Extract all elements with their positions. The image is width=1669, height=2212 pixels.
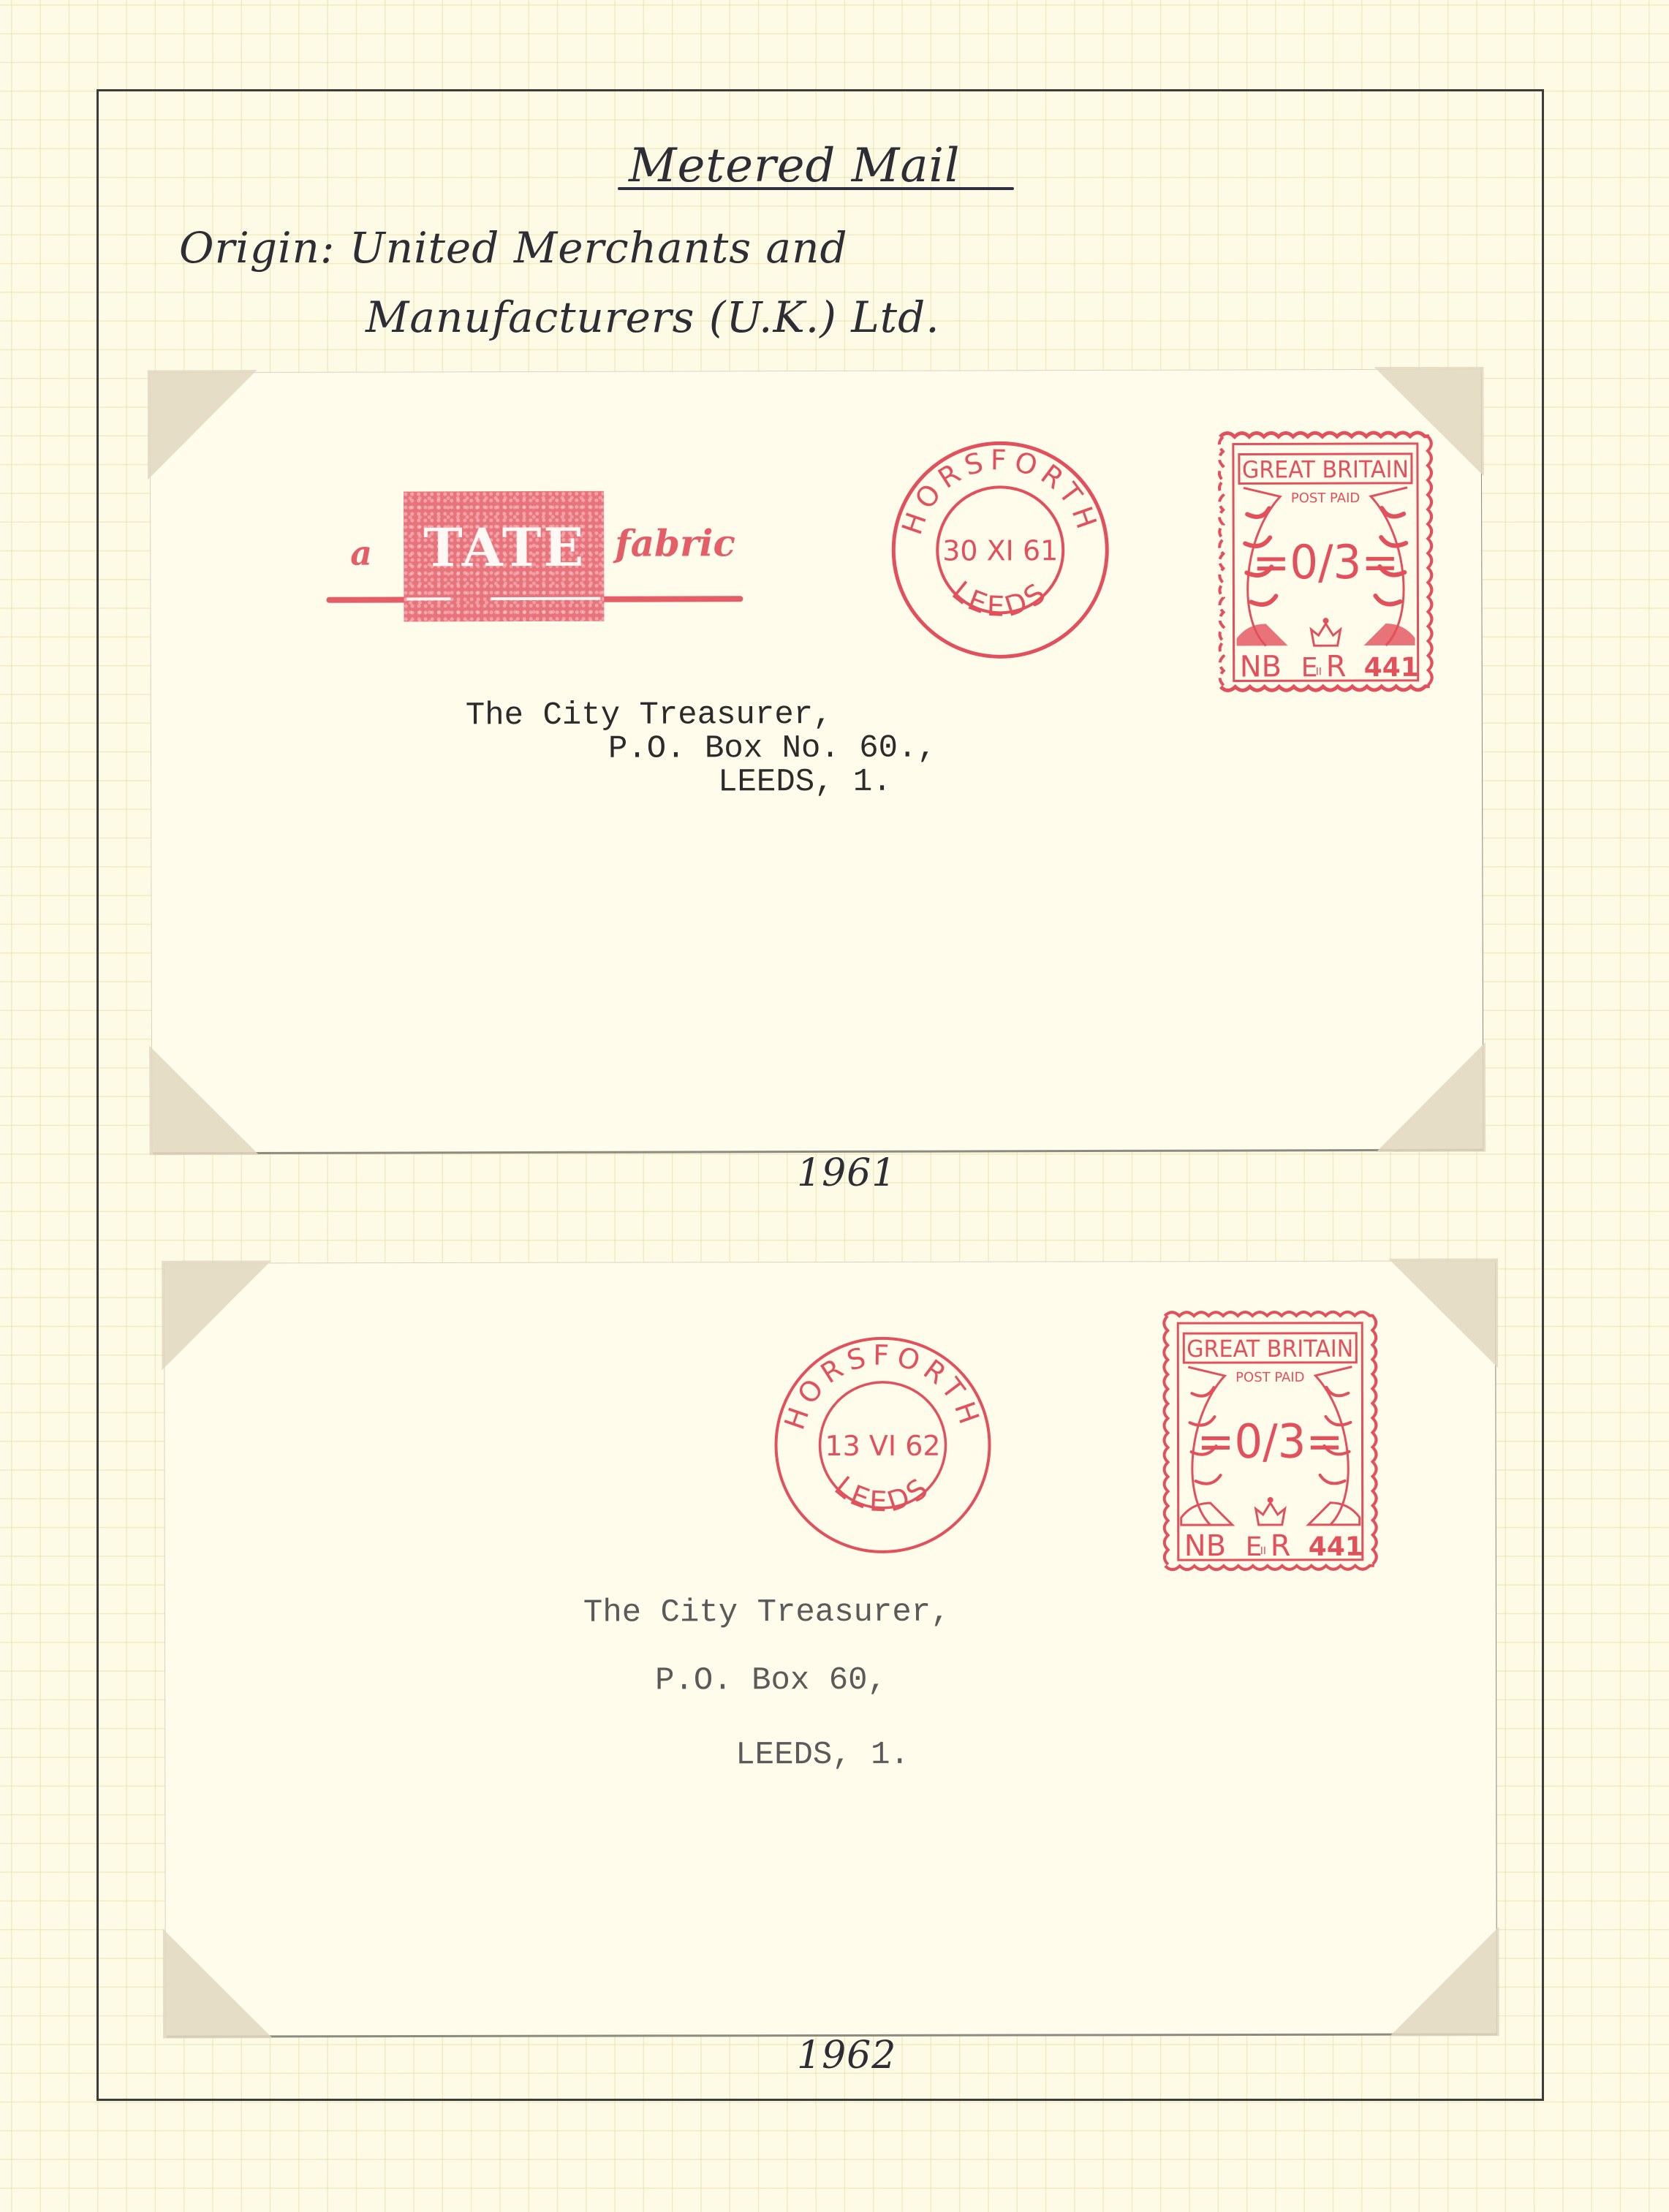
photo-corner-mount	[163, 1928, 273, 2038]
photo-corner-mount	[148, 370, 257, 480]
postmark-horsforth: HORSFORTH LEEDS 30 XI 61	[889, 440, 1112, 660]
photo-corner-mount	[149, 1045, 259, 1155]
svg-text:HORSFORTH: HORSFORTH	[896, 444, 1105, 539]
postmark-town: HORSFORTH	[778, 1338, 987, 1433]
address-line-2: P.O. Box 60,	[655, 1664, 887, 1697]
meter-prefix: NB	[1240, 650, 1282, 683]
cipher-r: R	[1326, 650, 1347, 683]
advert-suffix: fabric	[615, 521, 735, 564]
crown-icon	[1256, 1497, 1285, 1525]
title-underline	[618, 187, 1014, 190]
meter-caption: POST PAID	[1235, 1370, 1304, 1385]
meter-value: =0/3=	[1252, 536, 1399, 591]
address-line-3: LEEDS, 1.	[718, 766, 892, 799]
meter-prefix: NB	[1184, 1529, 1226, 1563]
cover-1961: a TATE fabric HORSFORTH LEEDS 30 XI 61	[151, 370, 1483, 1153]
meter-number: 441	[1309, 1532, 1363, 1562]
svg-text:HORSFORTH: HORSFORTH	[778, 1338, 987, 1433]
meter-number: 441	[1364, 653, 1419, 683]
postmark-date: 13 VI 62	[825, 1430, 940, 1462]
svg-text:LEEDS: LEEDS	[946, 575, 1055, 623]
origin-line-1: Origin: United Merchants and	[179, 223, 848, 273]
svg-text:LEEDS: LEEDS	[828, 1470, 937, 1518]
postmark-horsforth: HORSFORTH LEEDS 13 VI 62	[771, 1336, 994, 1556]
advert-brand: TATE	[417, 516, 592, 579]
crown-icon	[1311, 618, 1340, 645]
cover-1962: HORSFORTH LEEDS 13 VI 62 GREAT BRITAIN	[164, 1261, 1496, 2035]
year-label: 1962	[797, 2034, 896, 2077]
address-line-2: P.O. Box No. 60.,	[608, 732, 936, 765]
address-line-1: The City Treasurer,	[466, 699, 833, 732]
photo-corner-mount	[1390, 1926, 1499, 2036]
rod-highlight	[406, 597, 450, 600]
cipher-ii: II	[1316, 666, 1322, 678]
photo-corner-mount	[162, 1260, 271, 1370]
year-label: 1961	[797, 1151, 896, 1195]
meter-caption: POST PAID	[1291, 490, 1360, 506]
photo-corner-mount	[1376, 1042, 1486, 1152]
origin-line-2: Manufacturers (U.K.) Ltd.	[366, 292, 940, 342]
rod-highlight	[491, 597, 600, 600]
photo-corner-mount	[1388, 1258, 1498, 1368]
meter-country: GREAT BRITAIN	[1187, 1335, 1353, 1363]
address-line-3: LEEDS, 1.	[735, 1739, 909, 1771]
meter-country: GREAT BRITAIN	[1242, 455, 1409, 484]
postmark-city: LEEDS	[946, 575, 1055, 623]
postmark-town: HORSFORTH	[896, 444, 1105, 539]
tate-fabric-advert: a TATE fabric	[315, 470, 754, 625]
meter-frank: GREAT BRITAIN POST PAID =0/3= NB E II R …	[1214, 426, 1437, 696]
meter-value: =0/3=	[1197, 1415, 1343, 1469]
advert-prefix: a	[350, 534, 372, 573]
address-line-1: The City Treasurer,	[583, 1596, 950, 1629]
meter-frank: GREAT BRITAIN POST PAID =0/3= NB E II R …	[1159, 1306, 1382, 1575]
postmark-date: 30 XI 61	[942, 534, 1058, 567]
cipher-ii: II	[1260, 1545, 1266, 1557]
postmark-city: LEEDS	[828, 1470, 937, 1518]
cipher-r: R	[1271, 1529, 1291, 1563]
